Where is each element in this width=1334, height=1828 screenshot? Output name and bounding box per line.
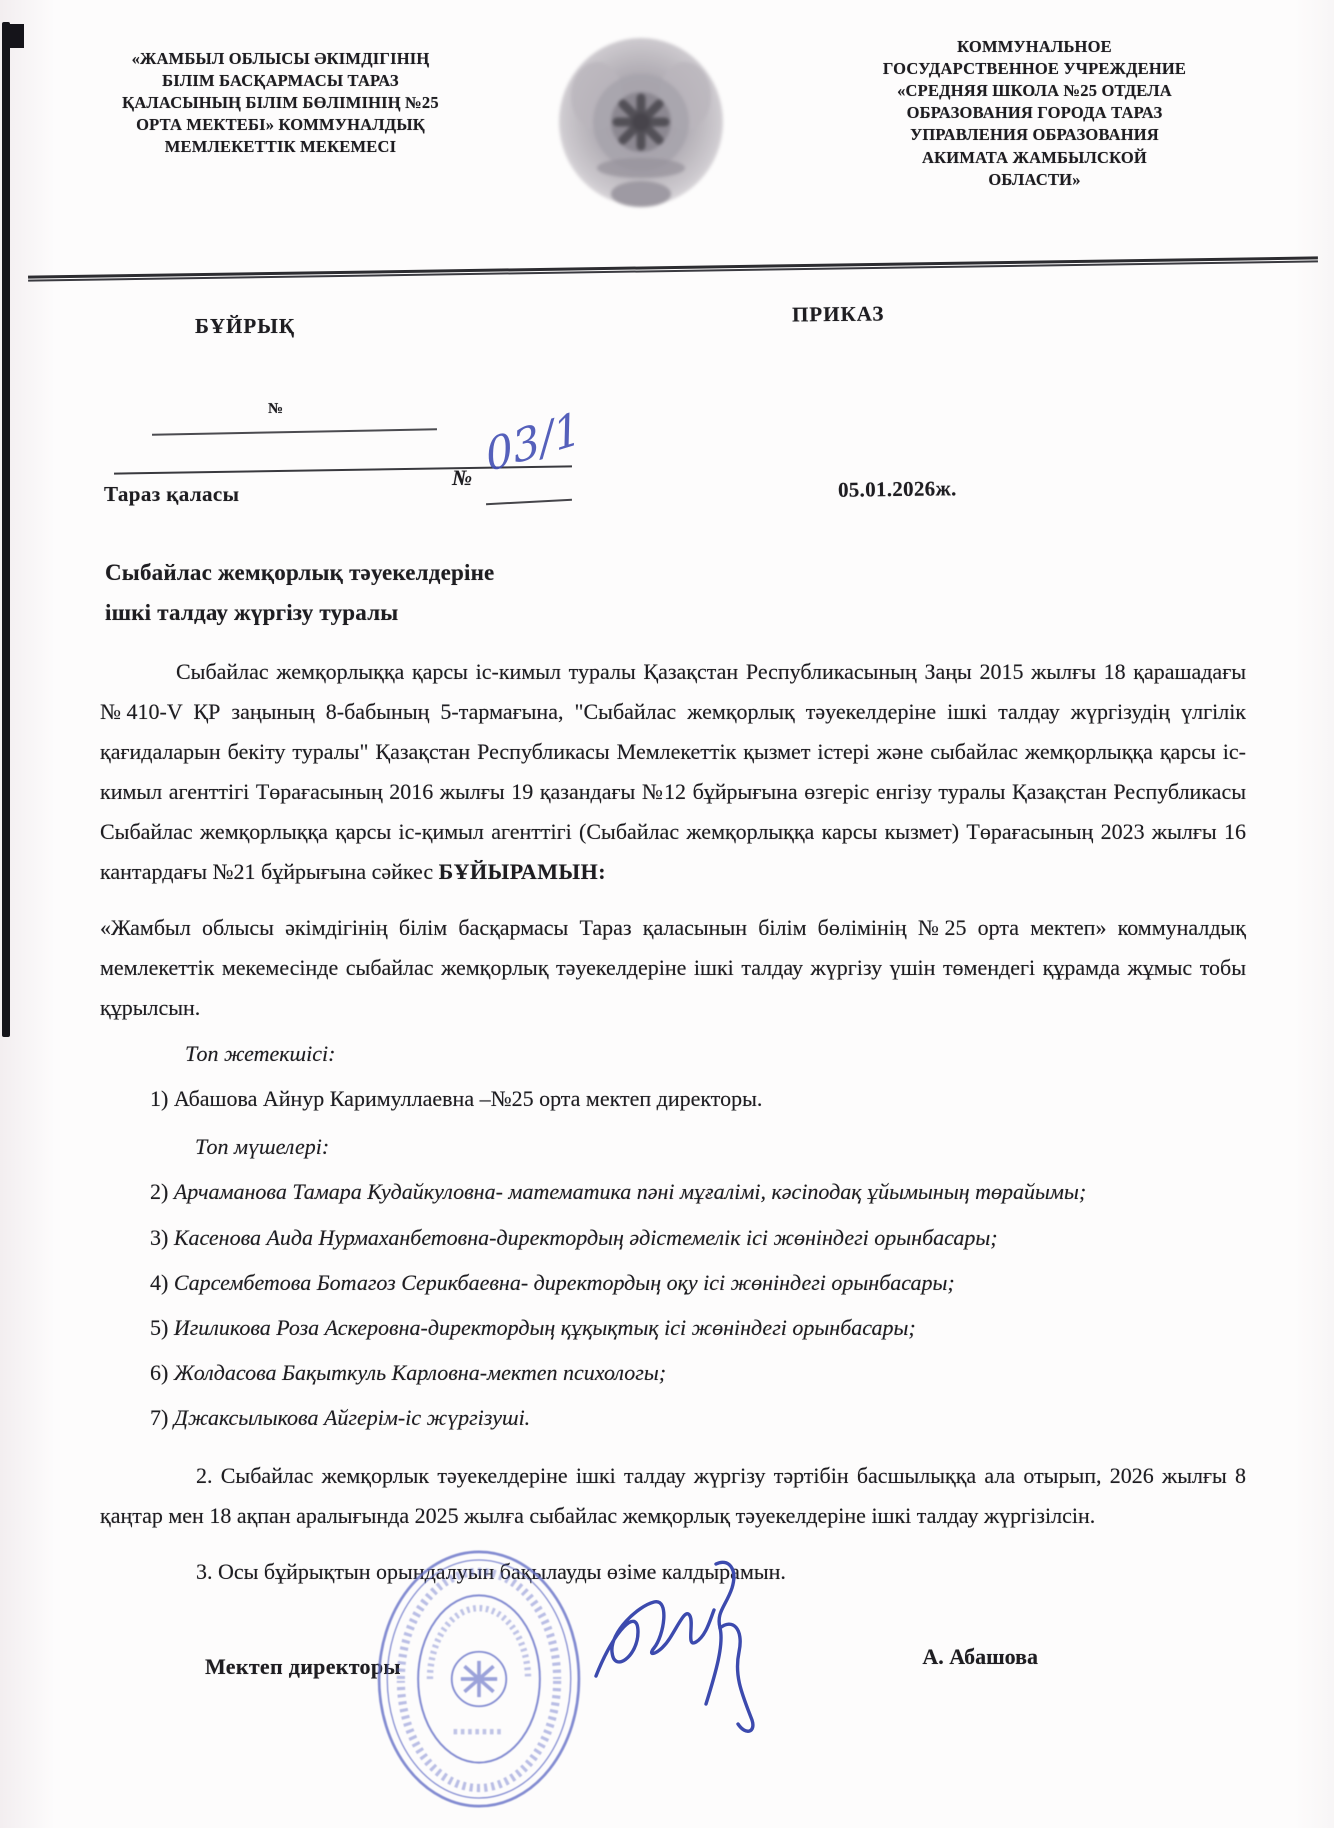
city-name: Тараз қаласы bbox=[104, 482, 239, 507]
item-number: 2) bbox=[150, 1179, 168, 1204]
item-number: 5) bbox=[150, 1315, 168, 1340]
paragraph-2: «Жамбыл облысы әкімдігінің білім басқарм… bbox=[100, 908, 1246, 1028]
scan-edge-artifact-bar bbox=[2, 22, 10, 1037]
item-text: Жолдасова Бақыткуль Карловна-мектеп псих… bbox=[174, 1360, 666, 1385]
letterhead: «ЖАМБЫЛ ОБЛЫСЫ ӘКІМДІГІНІҢ БІЛІМ БАСҚАРМ… bbox=[0, 0, 1334, 214]
item-text: Касенова Аида Нурмаханбетовна-директорды… bbox=[174, 1225, 998, 1250]
blank-number-symbol: № bbox=[268, 401, 283, 418]
work-group-item-2: 2) Арчаманова Тамара Кудайкуловна- матем… bbox=[100, 1169, 1246, 1214]
order-number-underline bbox=[486, 499, 572, 505]
paragraph-1: Сыбайлас жемқорлыққа қарсы іс-кимыл тура… bbox=[100, 652, 1246, 892]
work-group-item-5: 5) Игиликова Роза Аскеровна-директордың … bbox=[100, 1305, 1246, 1350]
director-name: А. Абашова bbox=[922, 1644, 1038, 1670]
item-number: 3) bbox=[150, 1225, 168, 1250]
paragraph-1-text: Сыбайлас жемқорлыққа қарсы іс-кимыл тура… bbox=[100, 659, 1246, 884]
item-number: 4) bbox=[150, 1270, 168, 1295]
work-group-item-6: 6) Жолдасова Бақыткуль Карловна-мектеп п… bbox=[100, 1350, 1246, 1395]
order-label-kazakh: БҰЙРЫҚ bbox=[195, 314, 295, 339]
item-text: Джаксылыкова Айгерім-іс жүргізуші. bbox=[174, 1405, 530, 1430]
item-text: Арчаманова Тамара Кудайкуловна- математи… bbox=[174, 1179, 1086, 1204]
item-number: 7) bbox=[150, 1405, 168, 1430]
blank-number-line bbox=[152, 428, 437, 435]
work-group-item-4: 4) Сарсембетова Ботагоз Серикбаевна- дир… bbox=[100, 1260, 1246, 1305]
resolve-keyword: БҰЙЫРАМЫН: bbox=[439, 859, 606, 884]
members-label: Топ мүшелері: bbox=[195, 1125, 1246, 1169]
work-group-item-3: 3) Касенова Аида Нурмаханбетовна-директо… bbox=[100, 1215, 1246, 1260]
number-and-date-zone: № Тараз қаласы № 03/1 05.01.2026ж. bbox=[100, 339, 1249, 539]
paragraph-3: 2. Сыбайлас жемқорлык тәуекелдеріне ішкі… bbox=[100, 1456, 1246, 1536]
group-leader-label: Топ жетекшісі: bbox=[185, 1032, 1334, 1076]
item-text: Абашова Айнур Каримуллаевна –№25 орта ме… bbox=[174, 1086, 763, 1111]
order-label-russian: ПРИКАЗ bbox=[791, 302, 884, 328]
order-number-prefix: № bbox=[452, 465, 472, 491]
work-group-item-1: 1) Абашова Айнур Каримуллаевна –№25 орта… bbox=[100, 1076, 1246, 1121]
scan-edge-artifact-corner bbox=[4, 24, 24, 48]
state-emblem-icon bbox=[545, 36, 735, 214]
order-number-handwritten: 03/1 bbox=[482, 403, 585, 483]
school-stamp-icon bbox=[370, 1538, 588, 1820]
item-number: 6) bbox=[150, 1360, 168, 1385]
director-signature bbox=[588, 1548, 763, 1738]
order-heading-row: БҰЙРЫҚ ПРИКАЗ bbox=[0, 272, 1334, 339]
document-title: Сыбайлас жемқорлық тәуекелдеріне ішкі та… bbox=[105, 553, 1334, 632]
org-name-kazakh: «ЖАМБЫЛ ОБЛЫСЫ ӘКІМДІГІНІҢ БІЛІМ БАСҚАРМ… bbox=[108, 48, 453, 159]
org-name-russian: КОММУНАЛЬНОЕ ГОСУДАРСТВЕННОЕ УЧРЕЖДЕНИЕ … bbox=[827, 36, 1242, 191]
order-date: 05.01.2026ж. bbox=[838, 476, 957, 502]
work-group-list: 1) Абашова Айнур Каримуллаевна –№25 орта… bbox=[100, 1076, 1246, 1440]
item-number: 1) bbox=[150, 1086, 168, 1111]
item-text: Сарсембетова Ботагоз Серикбаевна- директ… bbox=[174, 1270, 955, 1295]
scanned-order-document: «ЖАМБЫЛ ОБЛЫСЫ ӘКІМДІГІНІҢ БІЛІМ БАСҚАРМ… bbox=[0, 0, 1334, 1828]
work-group-item-7: 7) Джаксылыкова Айгерім-іс жүргізуші. bbox=[100, 1395, 1246, 1440]
item-text: Игиликова Роза Аскеровна-директордың құқ… bbox=[174, 1315, 916, 1340]
